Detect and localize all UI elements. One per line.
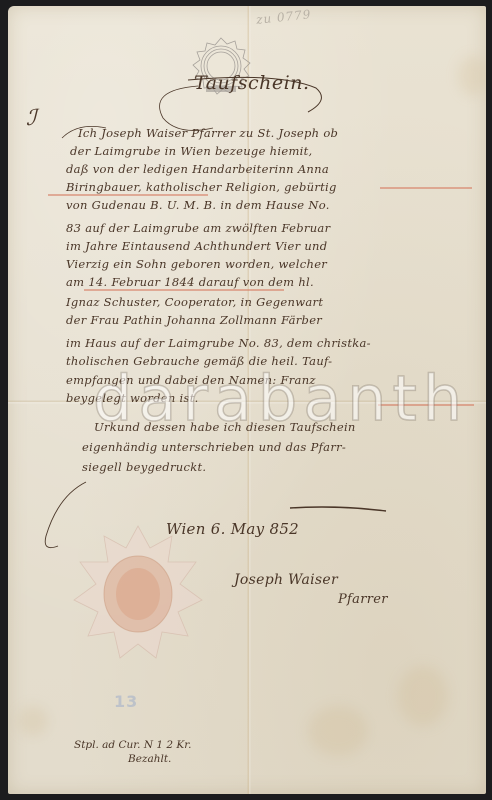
date-flourish-icon [288, 506, 388, 514]
body-line: tholischen Gebrauche gemäß die heil. Tau… [66, 354, 332, 368]
closing-line: siegell beygedruckt. [82, 460, 206, 474]
stain [308, 706, 368, 756]
red-underline [380, 187, 472, 189]
body-line: empfangen und dabei den Namen: Franz [66, 373, 316, 387]
signature-title: Pfarrer [338, 592, 388, 607]
seal-flourish-icon [38, 476, 98, 556]
red-underline [84, 289, 284, 291]
stain [458, 56, 486, 96]
body-line: daß von der ledigen Handarbeiterinn Anna [66, 162, 329, 176]
body-line: Vierzig ein Sohn geboren worden, welcher [66, 257, 327, 271]
document-frame: zu 0779 Taufschein. ℐ Ich Joseph Waiser … [0, 0, 492, 800]
body-line: am 14. Februar 1844 darauf von dem hl. [66, 275, 314, 289]
blue-archive-number: 13 [114, 692, 138, 711]
paper-sheet: zu 0779 Taufschein. ℐ Ich Joseph Waiser … [8, 6, 486, 794]
body-line: von Gudenau B. U. M. B. in dem Hause No. [66, 198, 330, 212]
signature: Joseph Waiser [234, 572, 338, 588]
body-line: 83 auf der Laimgrube am zwölften Februar [66, 221, 330, 235]
body-line: beygelegt worden ist. [66, 391, 199, 405]
stain [398, 666, 448, 726]
bottom-note-line: Bezahlt. [74, 752, 191, 766]
red-underline [48, 194, 208, 196]
closing-line: Urkund dessen habe ich diesen Taufschein [94, 420, 356, 434]
closing-line: eigenhändig unterschrieben und das Pfarr… [82, 440, 346, 454]
body-line: im Haus auf der Laimgrube No. 83, dem ch… [66, 336, 371, 350]
stain [18, 706, 48, 736]
initial-flourish: ℐ [26, 106, 37, 131]
pencil-annotation: zu 0779 [255, 7, 312, 27]
bottom-note-line: Stpl. ad Cur. N 1 2 Kr. [74, 738, 191, 752]
body-line: der Laimgrube in Wien bezeuge hiemit, [70, 144, 313, 158]
body-line: im Jahre Eintausend Achthundert Vier und [66, 239, 327, 253]
body-line: der Frau Pathin Johanna Zollmann Färber [66, 313, 322, 327]
bottom-note: Stpl. ad Cur. N 1 2 Kr. Bezahlt. [74, 738, 191, 766]
body-line: Biringbauer, katholischer Religion, gebü… [66, 180, 337, 194]
red-underline [378, 404, 474, 406]
document-title: Taufschein. [194, 72, 310, 94]
body-line: Ich Joseph Waiser Pfarrer zu St. Joseph … [78, 126, 338, 140]
body-line: Ignaz Schuster, Cooperator, in Gegenwart [66, 295, 323, 309]
